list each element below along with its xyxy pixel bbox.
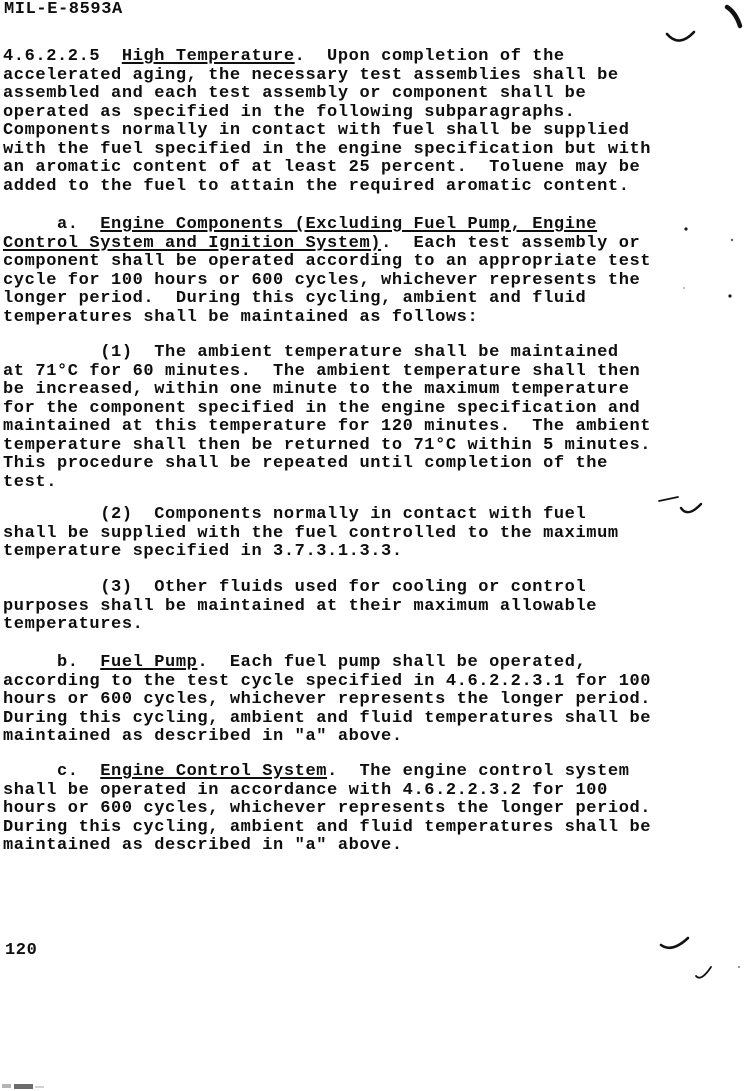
scan-speck-3 — [728, 294, 731, 297]
scan-smudge-3 — [35, 1086, 44, 1088]
scanned-page: MIL-E-8593A 4.6.2.2.5 High Temperature. … — [0, 0, 756, 1091]
scan-mark-top-right-curve — [667, 32, 694, 41]
paragraph-a-engine-components: a. Engine Components (Excluding Fuel Pum… — [3, 216, 651, 327]
scan-speck-5 — [738, 966, 740, 968]
paragraph-b-fuel-pump: b. Fuel Pump. Each fuel pump shall be op… — [3, 654, 651, 747]
document-id: MIL-E-8593A — [4, 1, 123, 20]
subpara-b-title: Fuel Pump — [100, 653, 197, 672]
section-title-high-temperature: High Temperature — [122, 47, 295, 66]
section-body: . Upon completion of the accelerated agi… — [3, 47, 651, 196]
scan-speck-2 — [731, 239, 733, 241]
paragraph-high-temperature: 4.6.2.2.5 High Temperature. Upon complet… — [3, 48, 651, 196]
scan-mark-mid-dash — [659, 497, 678, 501]
scan-speck-4 — [683, 287, 685, 289]
scan-smudge-2 — [14, 1084, 33, 1089]
subpara-a-label: a. — [3, 215, 100, 234]
scan-mark-mid-curve — [681, 504, 701, 512]
scan-mark-bottom-curve-2 — [696, 967, 711, 978]
scan-mark-top-right-stroke — [727, 7, 740, 26]
subpara-b-label: b. — [3, 653, 100, 672]
paragraph-c-engine-control-system: c. Engine Control System. The engine con… — [3, 763, 651, 856]
subpara-c-title: Engine Control System — [100, 762, 327, 781]
subpara-c-label: c. — [3, 762, 100, 781]
scan-speck-1 — [684, 227, 687, 230]
paragraph-item-3: (3) Other fluids used for cooling or con… — [3, 579, 597, 635]
paragraph-item-2: (2) Components normally in contact with … — [3, 506, 619, 562]
section-number: 4.6.2.2.5 — [3, 47, 122, 66]
scan-mark-bottom-curve-1 — [661, 938, 688, 948]
page-number: 120 — [5, 942, 37, 961]
scan-smudge-1 — [2, 1084, 11, 1088]
paragraph-item-1: (1) The ambient temperature shall be mai… — [3, 344, 651, 492]
